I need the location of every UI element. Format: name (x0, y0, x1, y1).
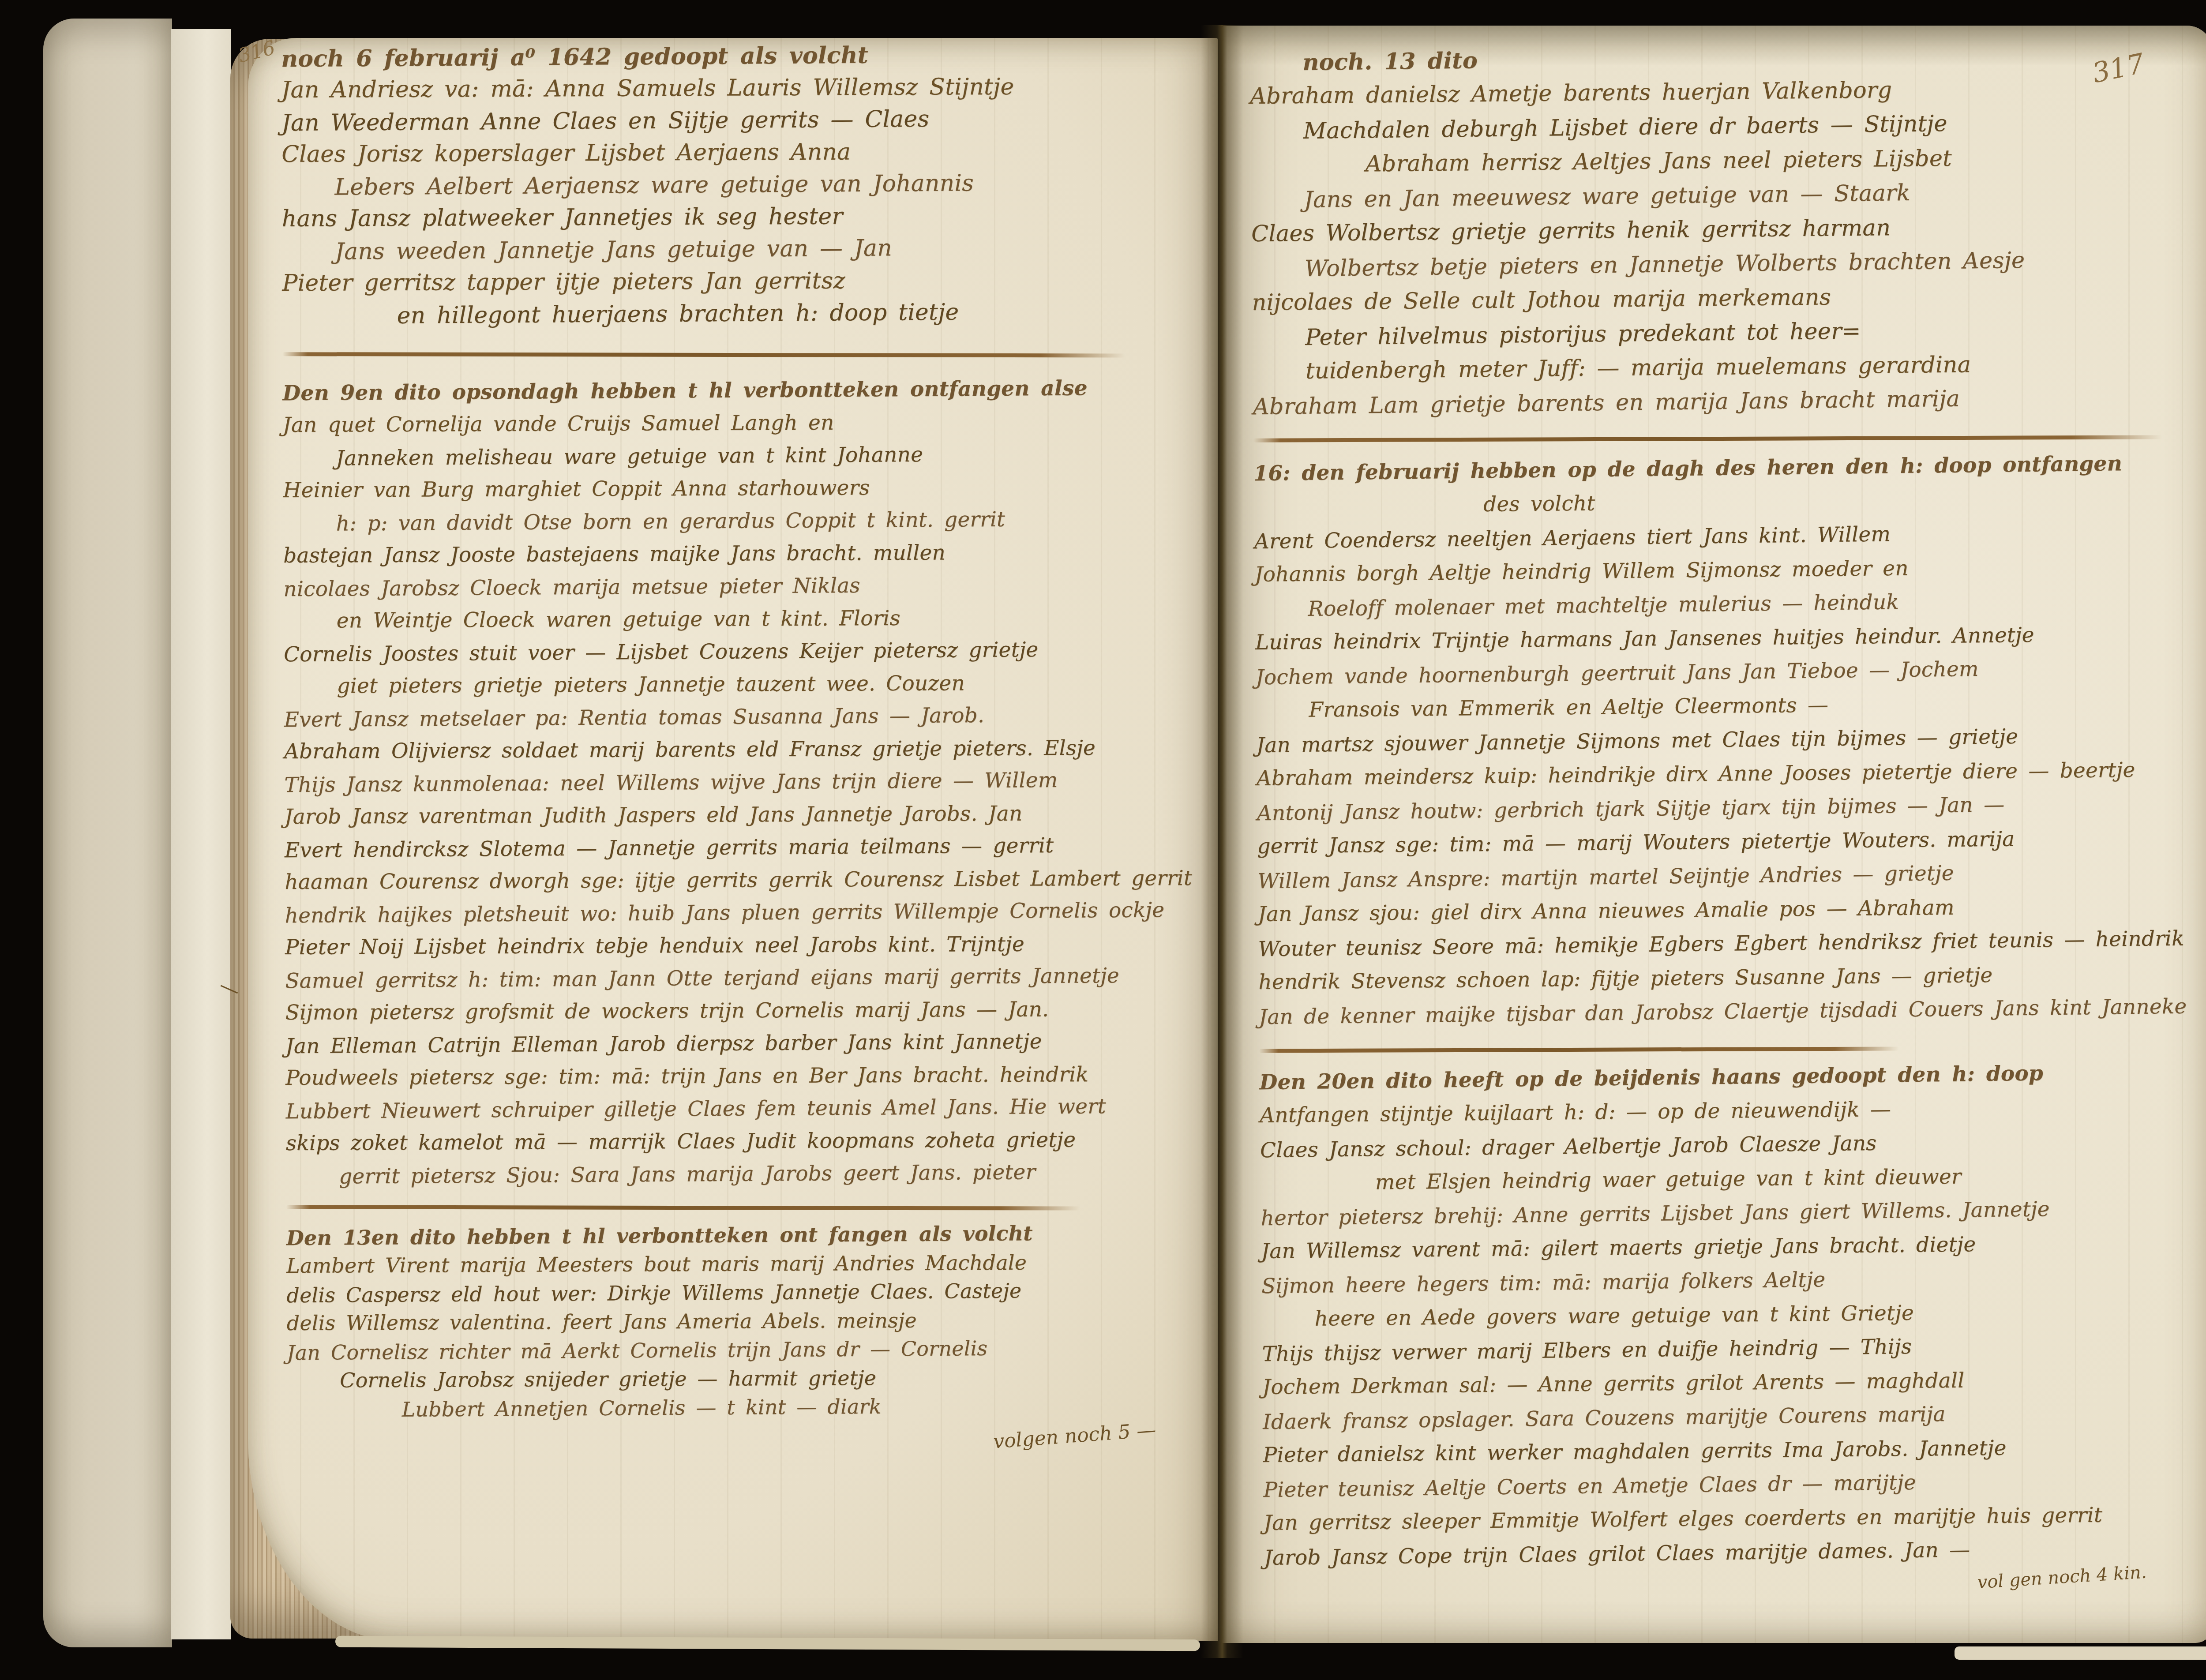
manuscript-line: Evert hendircksz Slotema — Jannetje gerr… (285, 829, 1216, 867)
section-heading: Den 13en dito hebben t hl verbontteken o… (286, 1218, 1217, 1253)
section-den-13-dito: Den 13en dito hebben t hl verbontteken o… (286, 1219, 1218, 1451)
ink-rule-divider (1253, 435, 2162, 442)
manuscript-line: en Weintje Cloeck waren getuige van t ki… (337, 601, 1215, 637)
section-16-februarij: 16: den februarij hebben op de dagh des … (1253, 446, 2206, 1033)
manuscript-line: Lebers Aelbert Aerjaensz ware getuige va… (334, 166, 1212, 204)
manuscript-line: delis Willemsz valentina. feert Jans Ame… (287, 1305, 1218, 1338)
manuscript-line: delis Caspersz eld hout wer: Dirkje Will… (286, 1275, 1217, 1310)
manuscript-line: hans Jansz platweeker Jannetjes ik seg h… (282, 199, 1213, 235)
manuscript-line: Lambert Virent marija Meesters bout mari… (286, 1248, 1217, 1280)
manuscript-line: Cornelis Jarobsz snijeder grietje — harm… (340, 1362, 1218, 1395)
manuscript-line: Claes Jorisz koperslager Lijsbet Aerjaen… (281, 135, 1212, 171)
manuscript-line: bastejan Jansz Jooste bastejaens maijke … (283, 536, 1214, 572)
manuscript-line: Jan quet Cornelija vande Cruijs Samuel L… (283, 405, 1214, 442)
ink-rule-divider (286, 1205, 1080, 1210)
manuscript-line: Janneken melisheau ware getuige van t ki… (336, 437, 1214, 475)
manuscript-line: Samuel gerritsz h: tim: man Jann Otte te… (285, 959, 1216, 998)
manuscript-line: Lubbert Nieuwert schruiper gilletje Clae… (285, 1090, 1216, 1129)
section-den-9-dito: Den 9en dito opsondagh hebben t hl verbo… (282, 372, 1217, 1192)
book-cover-left-edge (43, 19, 172, 1647)
bottom-page-edge-right (1955, 1646, 2206, 1660)
manuscript-line: Abraham Olijviersz soldaet marij barents… (284, 731, 1215, 768)
manuscript-line: haaman Courensz dworgh sge: ijtje gerrit… (285, 862, 1216, 899)
section-heading: noch 6 februarij a⁰ 1642 gedoopt als vol… (281, 37, 1212, 75)
book-board-left-edge (171, 29, 231, 1639)
right-page-text: noch. 13 dito Abraham danielsz Ametje ba… (1249, 36, 2206, 1595)
section-baptisms-6-feb: noch 6 februarij a⁰ 1642 gedoopt als vol… (281, 38, 1213, 332)
manuscript-line: hendrik haijkes pletsheuit wo: huib Jans… (285, 894, 1216, 933)
manuscript-line: nicolaes Jarobsz Cloeck marija metsue pi… (283, 567, 1214, 606)
manuscript-line: Jans weeden Jannetje Jans getuige van — … (335, 230, 1213, 268)
section-den-20-dito: Den 20en dito heeft op de beijdenis haan… (1259, 1055, 2206, 1595)
photograph-black-backdrop: { "manuscript": { "description": "Open b… (0, 0, 2206, 1680)
manuscript-line: skips zoket kamelot mā — marrijk Claes J… (286, 1123, 1217, 1160)
section-noch-13-dito: noch. 13 dito Abraham danielsz Ametje ba… (1249, 36, 2202, 424)
manuscript-line: Cornelis Joostes stuit voer — Lijsbet Co… (284, 633, 1215, 671)
manuscript-line: Thijs Jansz kunmolenaa: neel Willems wij… (284, 763, 1215, 802)
manuscript-line: Heinier van Burg marghiet Coppit Anna st… (283, 470, 1214, 507)
manuscript-line: Jan Andriesz va: mā: Anna Samuels Lauris… (281, 70, 1212, 106)
manuscript-line: Sijmon pietersz grofsmit de wockers trij… (285, 993, 1216, 1029)
manuscript-line: gerrit pietersz Sjou: Sara Jans marija J… (339, 1155, 1217, 1193)
manuscript-line: h: p: van davidt Otse born en gerardus C… (336, 502, 1214, 540)
section-heading: Den 9en dito opsondagh hebben t hl verbo… (282, 371, 1213, 410)
manuscript-line: Lubbert Annetjen Cornelis — t kint — dia… (401, 1390, 1218, 1424)
manuscript-line: Poudweels pietersz sge: tim: mā: trijn J… (285, 1058, 1216, 1095)
manuscript-line: Pieter gerritsz tapper ijtje pieters Jan… (282, 263, 1213, 300)
manuscript-line: en hillegont huerjaens brachten h: doop … (397, 295, 1213, 332)
ink-rule-divider (282, 352, 1125, 357)
manuscript-line: Jarob Jansz varentman Judith Jaspers eld… (285, 797, 1216, 833)
manuscript-line: Jan Cornelisz richter mā Aerkt Cornelis … (287, 1333, 1218, 1368)
manuscript-line: Evert Jansz metselaer pa: Rentia tomas S… (284, 698, 1215, 737)
left-page-text: noch 6 februarij a⁰ 1642 gedoopt als vol… (281, 38, 1218, 1451)
ink-rule-divider (1259, 1046, 1899, 1053)
manuscript-line: giet pieters grietje pieters Jannetje ta… (337, 666, 1215, 703)
manuscript-line: Jan Weederman Anne Claes en Sijtje gerri… (281, 101, 1212, 140)
manuscript-line: Pieter Noij Lijsbet heindrix tebje hendu… (285, 927, 1216, 964)
manuscript-line: Jan Elleman Catrijn Elleman Jarob dierps… (285, 1024, 1216, 1063)
